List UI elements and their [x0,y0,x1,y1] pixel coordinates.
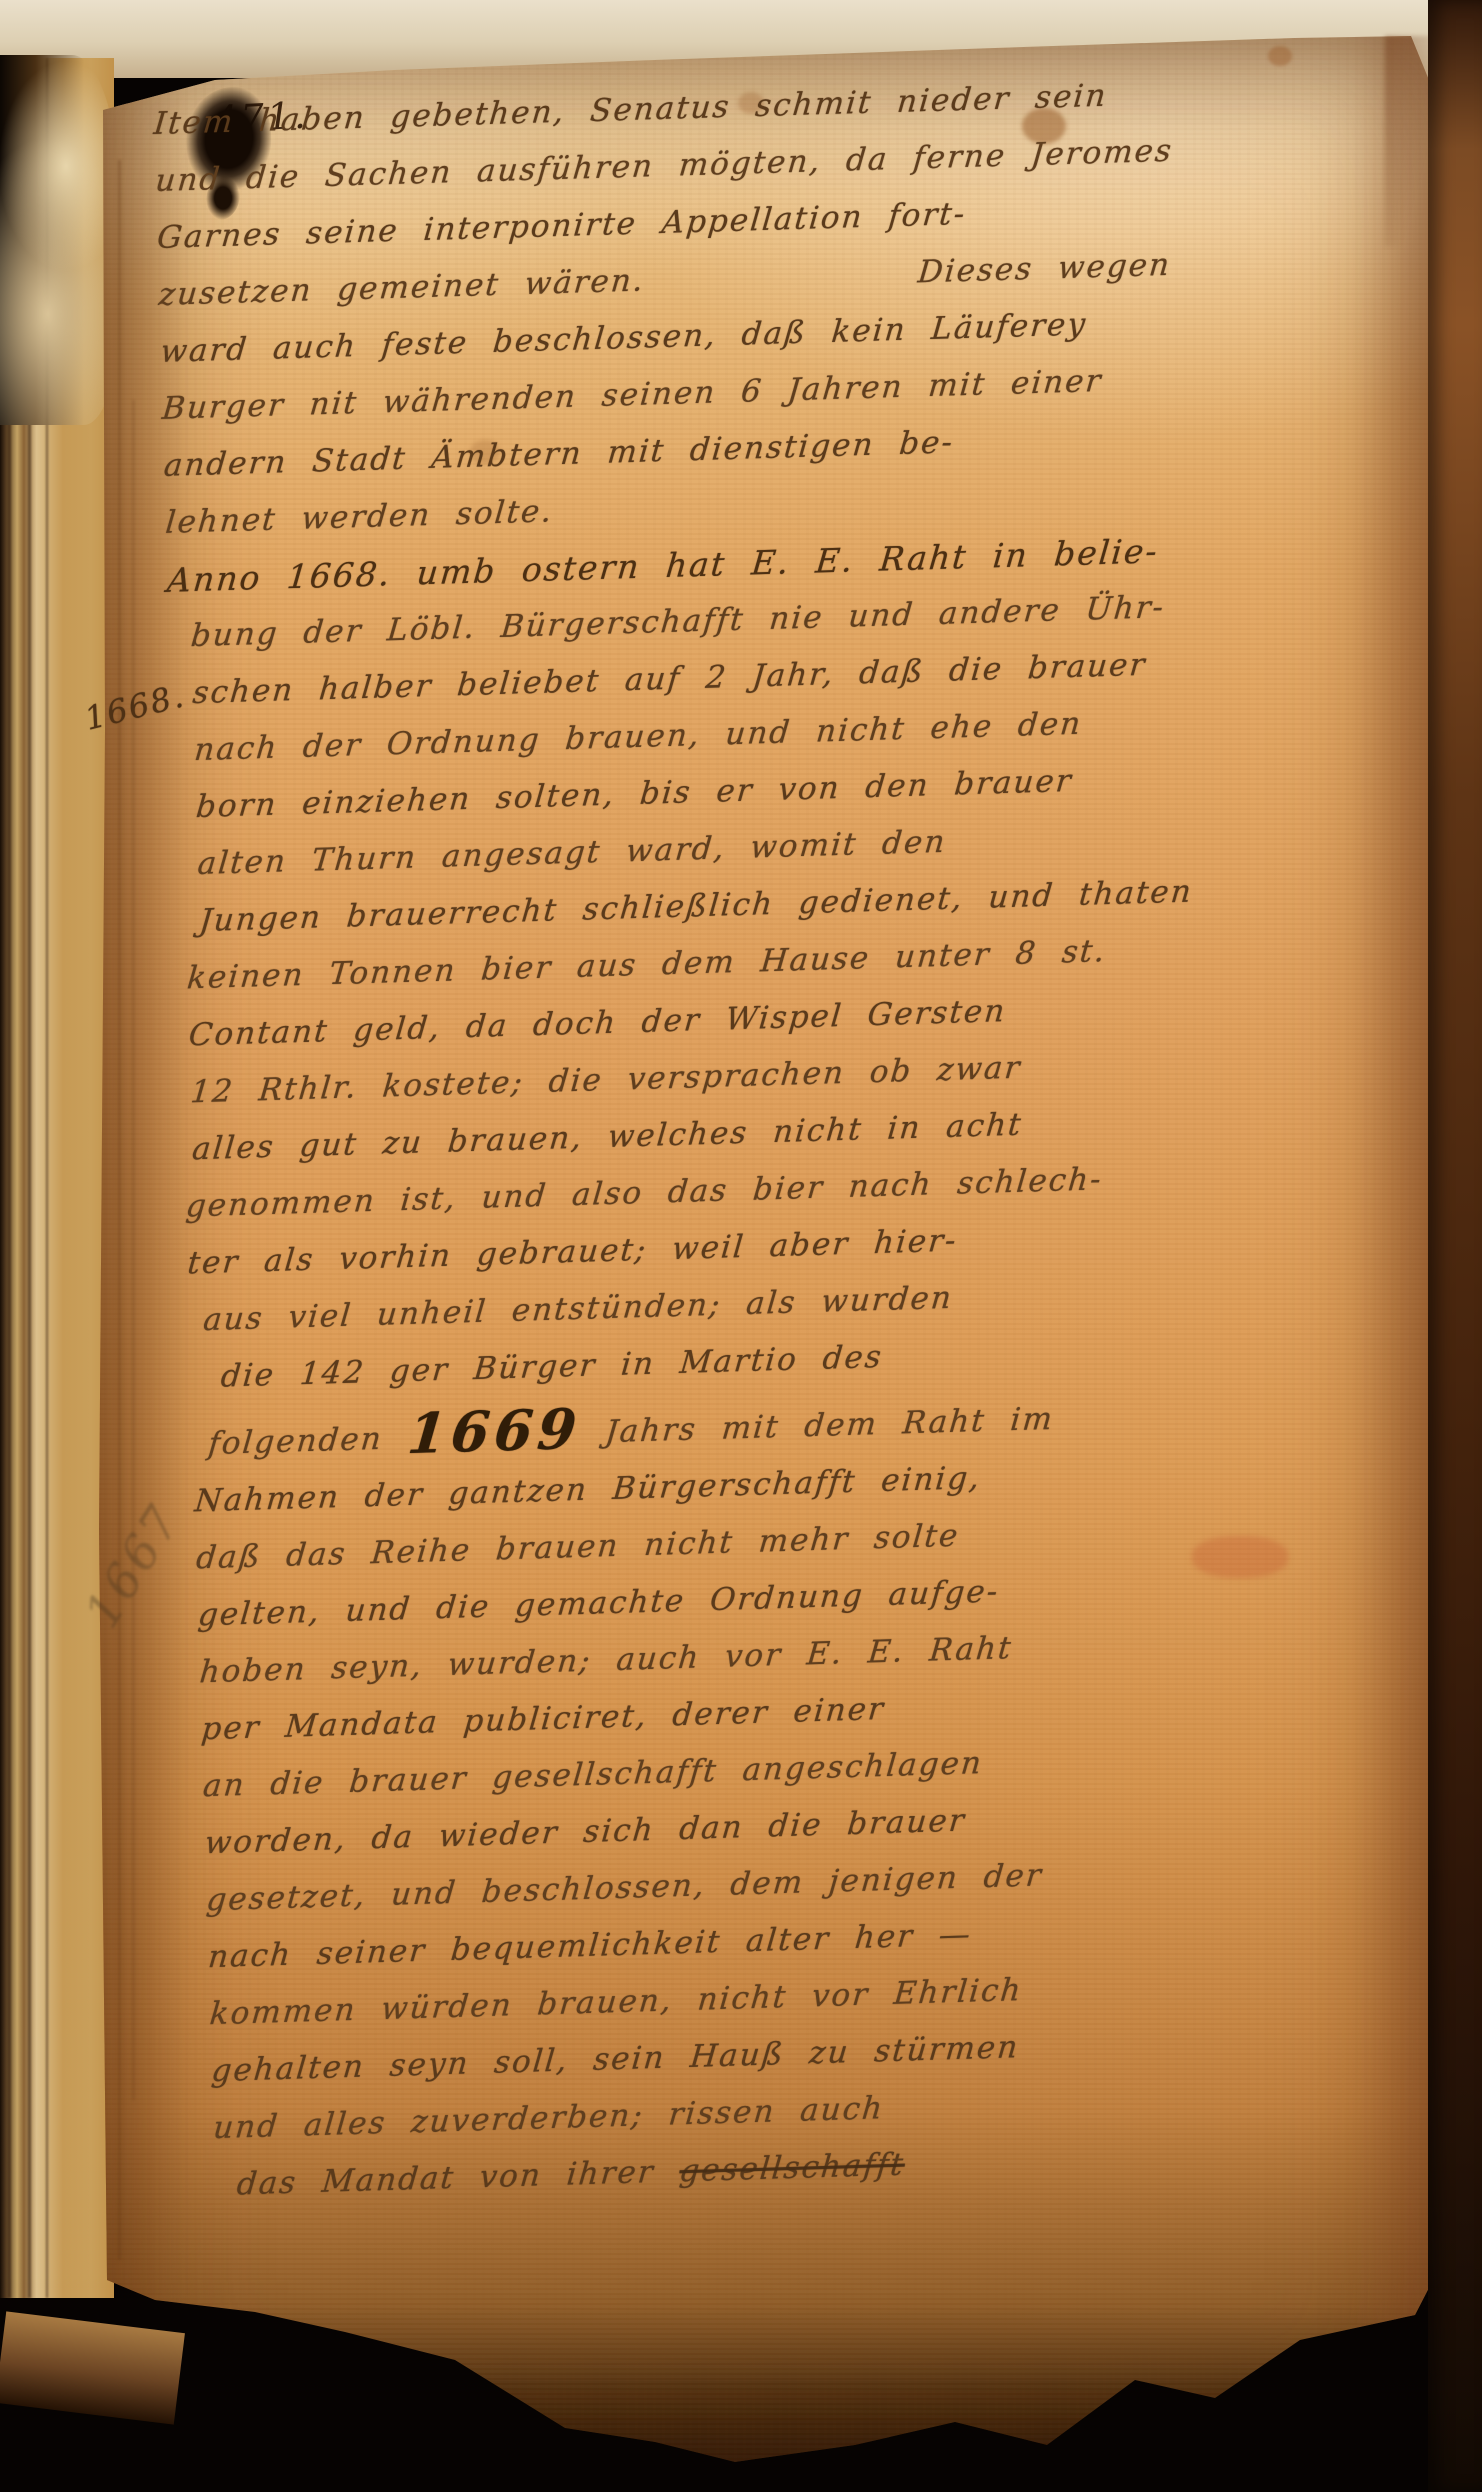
paper-crease [118,160,121,2260]
paper-crease [132,400,135,2100]
manuscript-photo: 471. 1668. 1667 Item haben gebethen, Sen… [0,0,1482,2492]
manuscript-text: Item haben gebethen, Senatus schmit nied… [153,59,1465,2214]
year-line-post: Jahrs mit dem Raht im [579,1401,1056,1451]
year-1669: 1669 [405,1396,584,1466]
book-fore-edge [1428,0,1482,2492]
crumpled-page-edges-top-left [0,55,120,425]
year-line-pre: folgenden [207,1420,409,1462]
struck-word-gesellschafft: gesellschafft [678,2147,907,2190]
page-edge-bottom-left [0,2311,185,2424]
last-line-pre: das Mandat von ihrer [235,2153,681,2202]
